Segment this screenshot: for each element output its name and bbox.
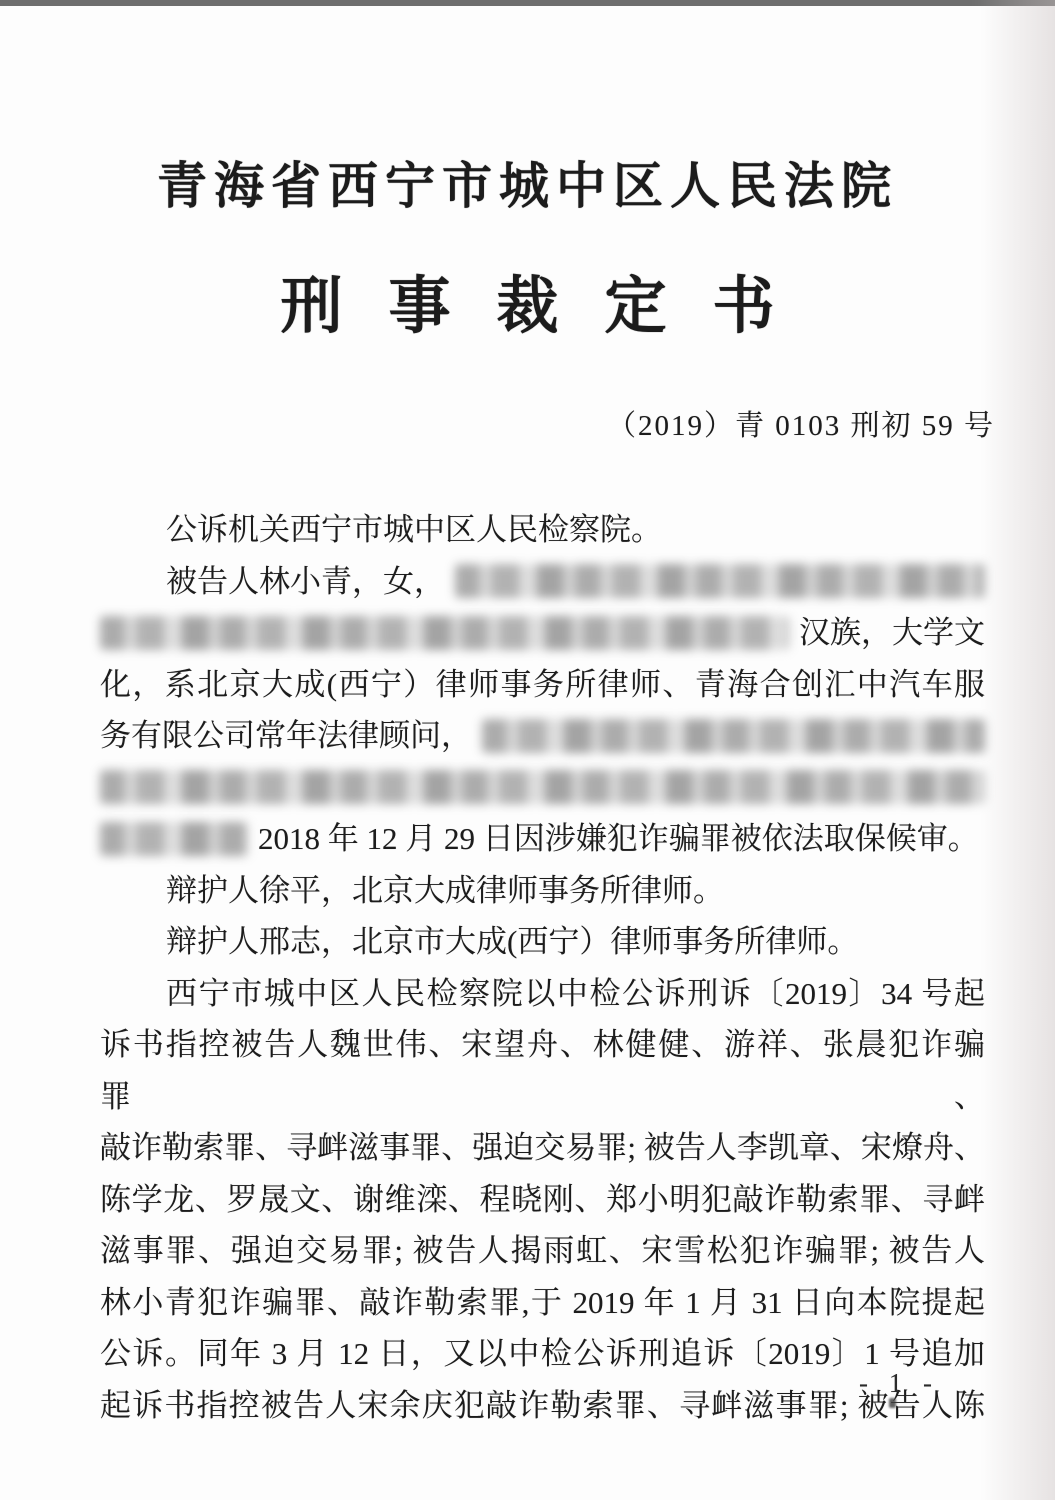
document-body: 公诉机关西宁市城中区人民检察院。被告人林小青，女，汉族，大学文化，系北京大成(西…	[100, 504, 985, 1431]
scan-artifact-right-shade	[980, 0, 1055, 1500]
body-text: 化，系北京大成(西宁）律师事务所律师、青海合创汇中汽车服	[100, 667, 985, 702]
body-text: 陈学龙、罗晟文、谢维滦、程晓刚、郑小明犯敲诈勒索罪、寻衅	[100, 1182, 985, 1217]
body-line: 汉族，大学文	[100, 607, 985, 659]
body-line: 化，系北京大成(西宁）律师事务所律师、青海合创汇中汽车服	[100, 659, 985, 711]
body-text: 辩护人徐平，北京大成律师事务所律师。	[166, 873, 724, 908]
body-text: 汉族，大学文	[799, 607, 985, 659]
body-text: 务有限公司常年法律顾问，	[100, 710, 472, 762]
body-text: 2018 年 12 月 29 日因涉嫌犯诈骗罪被依法取保候审。	[258, 813, 979, 865]
body-line: 滋事罪、强迫交易罪; 被告人揭雨虹、宋雪松犯诈骗罪; 被告人	[100, 1225, 985, 1277]
body-line: 林小青犯诈骗罪、敲诈勒索罪,于 2019 年 1 月 31 日向本院提起	[100, 1277, 985, 1329]
body-text: 西宁市城中区人民检察院以中检公诉刑诉〔2019〕34 号起	[166, 976, 985, 1011]
body-text: 辩护人邢志，北京市大成(西宁）律师事务所律师。	[166, 924, 858, 959]
body-text: 起诉书指控被告人宋余庆犯敲诈勒索罪、寻衅滋事罪; 被告人陈	[100, 1388, 985, 1423]
case-number: （2019）青 0103 刑初 59 号	[0, 403, 1055, 444]
body-line: 辩护人邢志，北京市大成(西宁）律师事务所律师。	[100, 916, 985, 968]
body-line	[100, 762, 985, 814]
body-text: 滋事罪、强迫交易罪; 被告人揭雨虹、宋雪松犯诈骗罪; 被告人	[100, 1233, 985, 1268]
body-line: 公诉机关西宁市城中区人民检察院。	[100, 504, 985, 556]
page-number: - 1 -	[859, 1368, 939, 1399]
body-text: 公诉机关西宁市城中区人民检察院。	[166, 512, 662, 547]
scan-artifact-top-bar	[0, 0, 1055, 6]
body-line: 公诉。同年 3 月 12 日，又以中检公诉刑追诉〔2019〕1 号追加	[100, 1328, 985, 1380]
body-line: 起诉书指控被告人宋余庆犯敲诈勒索罪、寻衅滋事罪; 被告人陈	[100, 1380, 985, 1432]
court-name-heading: 青海省西宁市城中区人民法院	[0, 146, 1055, 218]
body-text: 林小青犯诈骗罪、敲诈勒索罪,于 2019 年 1 月 31 日向本院提起	[100, 1285, 985, 1320]
body-line: 敲诈勒索罪、寻衅滋事罪、强迫交易罪; 被告人李凯章、宋燎舟、	[100, 1122, 985, 1174]
redacted-text-blur	[455, 564, 985, 598]
body-line: 陈学龙、罗晟文、谢维滦、程晓刚、郑小明犯敲诈勒索罪、寻衅	[100, 1174, 985, 1226]
body-line: 务有限公司常年法律顾问，	[100, 710, 985, 762]
body-line: 被告人林小青，女，	[100, 556, 985, 608]
body-line: 2018 年 12 月 29 日因涉嫌犯诈骗罪被依法取保候审。	[100, 813, 985, 865]
body-text: 诉书指控被告人魏世伟、宋望舟、林健健、游祥、张晨犯诈骗罪、	[100, 1027, 985, 1114]
redacted-text-blur	[482, 719, 985, 753]
body-line: 诉书指控被告人魏世伟、宋望舟、林健健、游祥、张晨犯诈骗罪、	[100, 1019, 985, 1122]
scanned-court-document: 青海省西宁市城中区人民法院 刑事裁定书 （2019）青 0103 刑初 59 号…	[0, 0, 1055, 1500]
body-text: 敲诈勒索罪、寻衅滋事罪、强迫交易罪; 被告人李凯章、宋燎舟、	[100, 1130, 985, 1165]
body-text: 公诉。同年 3 月 12 日，又以中检公诉刑追诉〔2019〕1 号追加	[100, 1336, 985, 1371]
redacted-text-blur	[100, 822, 248, 856]
document-type-heading: 刑事裁定书	[0, 256, 1055, 345]
body-text: 被告人林小青，女，	[166, 556, 445, 608]
redacted-text-blur	[100, 616, 789, 650]
body-line: 西宁市城中区人民检察院以中检公诉刑诉〔2019〕34 号起	[100, 968, 985, 1020]
body-line: 辩护人徐平，北京大成律师事务所律师。	[100, 865, 985, 917]
redacted-text-blur	[100, 770, 985, 804]
document-type-text: 刑事裁定书	[280, 273, 820, 341]
scan-artifact-speck	[889, 1398, 896, 1408]
